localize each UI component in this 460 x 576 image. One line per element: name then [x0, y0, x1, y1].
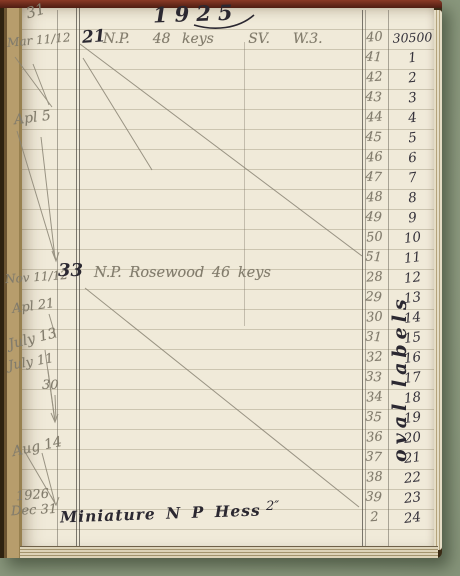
margin-date-day30: 30: [42, 378, 59, 393]
count-number-cell: 37: [359, 447, 387, 468]
count-number-cell: 45: [359, 127, 387, 148]
serial-number-column: 3050012345678910111213141516171819202122…: [389, 28, 436, 528]
count-number-cell: 35: [359, 407, 387, 428]
entry3-quantity-mark: 2″: [266, 499, 279, 514]
count-number-cell: 42: [360, 67, 388, 89]
count-number-cell: 49: [359, 207, 387, 228]
entry3-margin-date: Dec 31: [11, 502, 58, 519]
count-number-cell: 39: [359, 487, 387, 508]
serial-number-cell: 24: [388, 505, 437, 531]
entry2-description: N.P. Rosewood 46 keys: [94, 265, 271, 281]
count-number-cell: 43: [359, 87, 387, 108]
count-number-cell: 44: [360, 107, 388, 129]
count-number-cell: 28: [360, 267, 388, 289]
page-stack-bottom-edge: [20, 546, 438, 558]
count-number-cell: 33: [359, 367, 387, 388]
count-number-cell: 34: [360, 387, 388, 409]
count-number-cell: 2: [360, 507, 388, 529]
count-number-cell: 47: [359, 167, 387, 188]
count-number-column: 4041424344454647484950512829303132333435…: [361, 28, 388, 528]
count-number-cell: 31: [359, 327, 387, 348]
count-number-cell: 46: [360, 147, 388, 169]
entry1-description: N.P. 48 keys SV. W.3.: [103, 31, 323, 47]
count-number-cell: 41: [359, 47, 387, 68]
count-number-cell: 50: [360, 227, 388, 249]
count-number-cell: 36: [360, 427, 388, 449]
count-number-cell: 40: [360, 27, 388, 49]
count-number-cell: 38: [360, 467, 388, 489]
ledger-scan: 31 1925 Mar 11/12 21 N.P. 48 keys SV. W.…: [0, 0, 460, 576]
count-number-cell: 48: [360, 187, 388, 209]
count-number-cell: 29: [359, 287, 387, 308]
entry2-item-number: 33: [58, 260, 83, 281]
count-number-cell: 51: [359, 247, 387, 268]
count-number-cell: 30: [360, 307, 388, 329]
column-rule-center: [244, 42, 245, 326]
page-title-year: 1925: [153, 0, 240, 28]
count-number-cell: 32: [360, 347, 388, 369]
